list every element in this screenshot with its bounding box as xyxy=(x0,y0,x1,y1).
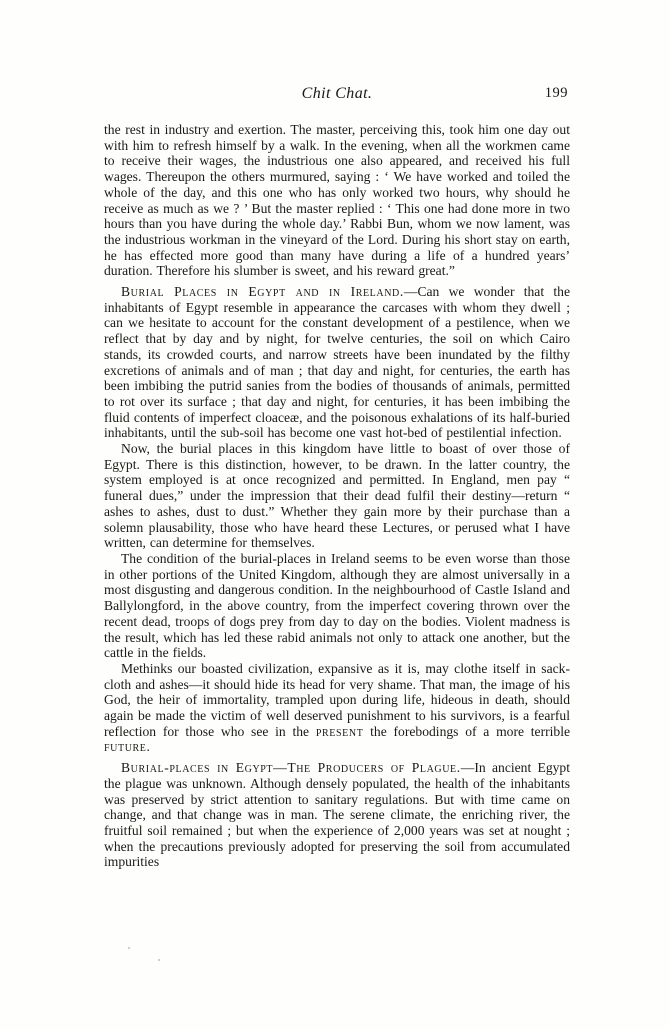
paragraph: Burial Places in Egypt and in Ireland.—C… xyxy=(104,284,570,441)
smallcaps-run: future xyxy=(104,739,147,754)
scan-speck xyxy=(128,947,130,949)
paragraph: Methinks our boasted civilization, expan… xyxy=(104,661,570,755)
text-run: Now, the burial places in this kingdom h… xyxy=(104,441,570,550)
text-run: —In ancient Egypt the plague was unknown… xyxy=(104,760,570,869)
book-page: Chit Chat. 199 the rest in industry and … xyxy=(0,0,670,1030)
scan-speck xyxy=(158,959,160,961)
running-header: Chit Chat. 199 xyxy=(104,85,570,105)
text-run: The condition of the burial-places in Ir… xyxy=(104,551,570,660)
page-number: 199 xyxy=(545,85,568,102)
paragraph: Now, the burial places in this kingdom h… xyxy=(104,441,570,551)
smallcaps-run: present xyxy=(316,724,364,739)
page-title: Chit Chat. xyxy=(104,85,570,103)
paragraph: the rest in industry and exertion. The m… xyxy=(104,122,570,279)
text-run: —Can we wonder that the inhabitants of E… xyxy=(104,284,570,440)
text-run: the forebodings of a more terrible xyxy=(363,724,570,739)
text-block: the rest in industry and exertion. The m… xyxy=(104,122,570,870)
smallcaps-run: Burial-places in Egypt—The Producers of … xyxy=(121,760,461,775)
text-run: . xyxy=(147,739,150,754)
text-run: the rest in industry and exertion. The m… xyxy=(104,122,570,278)
smallcaps-run: Burial Places in Egypt and in Ireland. xyxy=(121,284,404,299)
paragraph: The condition of the burial-places in Ir… xyxy=(104,551,570,661)
paragraph: Burial-places in Egypt—The Producers of … xyxy=(104,760,570,870)
